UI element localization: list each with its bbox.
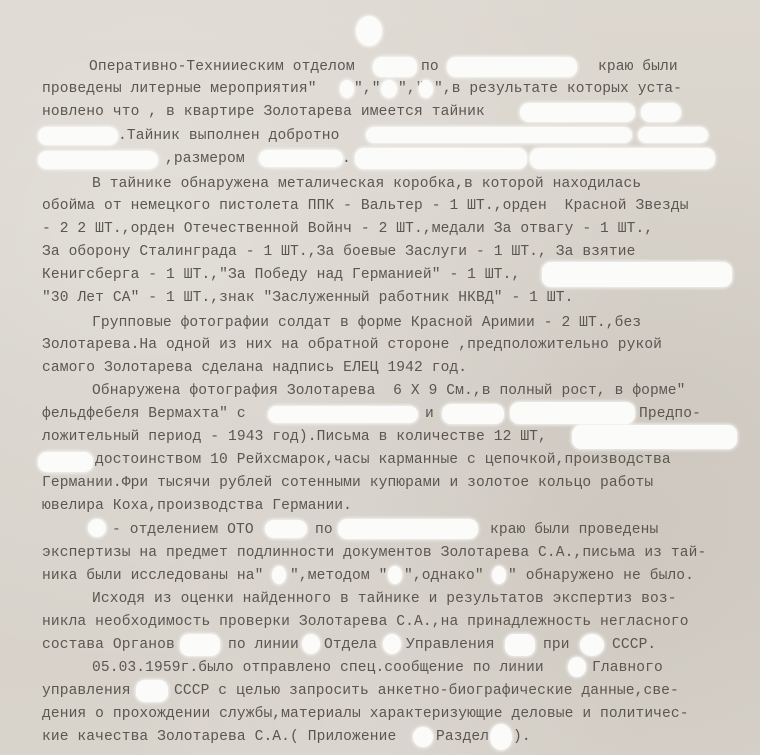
text-line: краю были проведены xyxy=(490,521,658,539)
text-line: ",однако" xyxy=(404,567,484,585)
text-line: Отдела xyxy=(324,636,377,654)
text-line: при xyxy=(543,636,570,654)
text-line: Исходя из оценки найденного в тайнике и … xyxy=(92,590,677,608)
text-line: управления xyxy=(42,682,131,700)
scanned-document-page: Оперативно-Технииеским отделом по краю б… xyxy=(0,0,760,755)
redaction-mark xyxy=(490,724,512,750)
redaction-mark xyxy=(180,634,220,656)
redaction-mark xyxy=(580,634,604,656)
text-line: ,размером xyxy=(165,150,245,168)
redaction-mark xyxy=(568,657,586,677)
redaction-mark xyxy=(492,566,506,584)
text-line: Предпо- xyxy=(639,405,701,423)
text-line: Главного xyxy=(592,659,663,677)
text-line: проведены литерные мероприятия" xyxy=(42,80,317,98)
redaction-mark xyxy=(413,727,433,747)
text-line: "," xyxy=(354,80,381,98)
redaction-mark xyxy=(381,80,397,98)
redaction-mark xyxy=(383,634,401,654)
text-line: Золотарева.На одной из них на обратной с… xyxy=(42,336,662,354)
text-line: дения о прохождении службы,материалы хар… xyxy=(42,705,689,723)
text-line: Раздел xyxy=(436,728,489,746)
text-line: обойма от немецкого пистолета ППК - Валь… xyxy=(42,197,689,215)
redaction-mark xyxy=(442,404,504,424)
text-line: За оборону Сталинграда - 1 ШТ.,За боевые… xyxy=(42,243,635,261)
text-line: Обнаружена фотография Золотарева 6 Х 9 С… xyxy=(92,382,685,400)
redaction-mark xyxy=(542,262,732,287)
redaction-mark xyxy=(302,634,320,654)
redaction-mark xyxy=(638,127,708,143)
text-line: достоинством 10 Рейхсмарок,часы карманны… xyxy=(95,451,671,469)
text-line: - 2 2 ШТ.,орден Отечественной Войнч - 2 … xyxy=(42,220,653,238)
text-line: по xyxy=(421,58,439,76)
redaction-mark xyxy=(136,680,168,702)
text-line: краю были xyxy=(598,58,678,76)
text-line: Кенигсберга - 1 ШТ.,"За Победу над Герма… xyxy=(42,266,520,284)
redaction-mark xyxy=(265,520,307,538)
redaction-mark xyxy=(356,16,382,46)
redaction-mark xyxy=(510,402,635,424)
text-line: самого Золотарева сделана надпись ЕЛЕЦ 1… xyxy=(42,359,467,377)
redaction-mark xyxy=(572,425,737,449)
text-line: - отделением ОТО xyxy=(112,521,254,539)
redaction-mark xyxy=(338,519,478,539)
redaction-mark xyxy=(272,566,286,584)
text-line: кие качества Золотарева С.А.( Приложение xyxy=(42,728,396,746)
text-line: фельдфебеля Вермахта" с xyxy=(42,405,246,423)
text-line: по xyxy=(315,521,333,539)
redaction-mark xyxy=(38,127,118,145)
redaction-mark xyxy=(340,80,354,98)
text-line: и xyxy=(425,405,434,423)
text-line: ника были исследованы на" xyxy=(42,567,263,585)
redaction-mark xyxy=(388,566,402,584)
text-line: В тайнике обнаружена металическая коробк… xyxy=(92,175,641,193)
text-line: СССР. xyxy=(612,636,656,654)
text-line: никла необходимость проверки Золотарева … xyxy=(42,613,689,631)
text-line: "30 Лет СА" - 1 ШТ.,знак "Заслуженный ра… xyxy=(42,289,573,307)
text-line: . xyxy=(342,150,351,168)
redaction-mark xyxy=(447,57,577,77)
text-line: ложительный период - 1943 год).Письма в … xyxy=(42,428,547,446)
text-line: Групповые фотографии солдат в форме Крас… xyxy=(92,314,641,332)
redaction-mark xyxy=(366,127,632,143)
text-line: .Тайник выполнен добротно xyxy=(118,127,339,145)
text-line: Управления xyxy=(406,636,495,654)
redaction-mark xyxy=(520,103,635,122)
text-line: ювелира Коха,производства Германии. xyxy=(42,497,352,515)
text-line: ). xyxy=(513,728,531,746)
redaction-mark xyxy=(38,452,93,472)
redaction-mark xyxy=(373,57,417,77)
text-line: СССР с целью запросить анкетно-биографич… xyxy=(174,682,679,700)
text-line: по линии xyxy=(228,636,299,654)
redaction-mark xyxy=(259,150,343,167)
redaction-mark xyxy=(38,151,158,169)
redaction-mark xyxy=(641,103,681,122)
text-line: экспертизы на предмет подлинности докуме… xyxy=(42,544,706,562)
redaction-mark xyxy=(88,519,106,537)
redaction-mark xyxy=(505,634,535,656)
text-line: ",в результате которых уста- xyxy=(434,80,682,98)
text-line: состава Органов xyxy=(42,636,175,654)
text-line: 05.03.1959г.было отправлено спец.сообщен… xyxy=(92,659,544,677)
redaction-mark xyxy=(419,80,433,98)
redaction-mark xyxy=(530,148,715,169)
redaction-mark xyxy=(355,148,527,169)
text-line: ",методом " xyxy=(290,567,387,585)
text-line: Оперативно-Технииеским отделом xyxy=(89,58,355,76)
text-line: Германии.Фри тысячи рублей сотенными куп… xyxy=(42,474,653,492)
redaction-mark xyxy=(268,406,418,423)
text-line: новлено что , в квартире Золотарева имее… xyxy=(42,103,485,121)
text-line: " обнаружено не было. xyxy=(508,567,694,585)
